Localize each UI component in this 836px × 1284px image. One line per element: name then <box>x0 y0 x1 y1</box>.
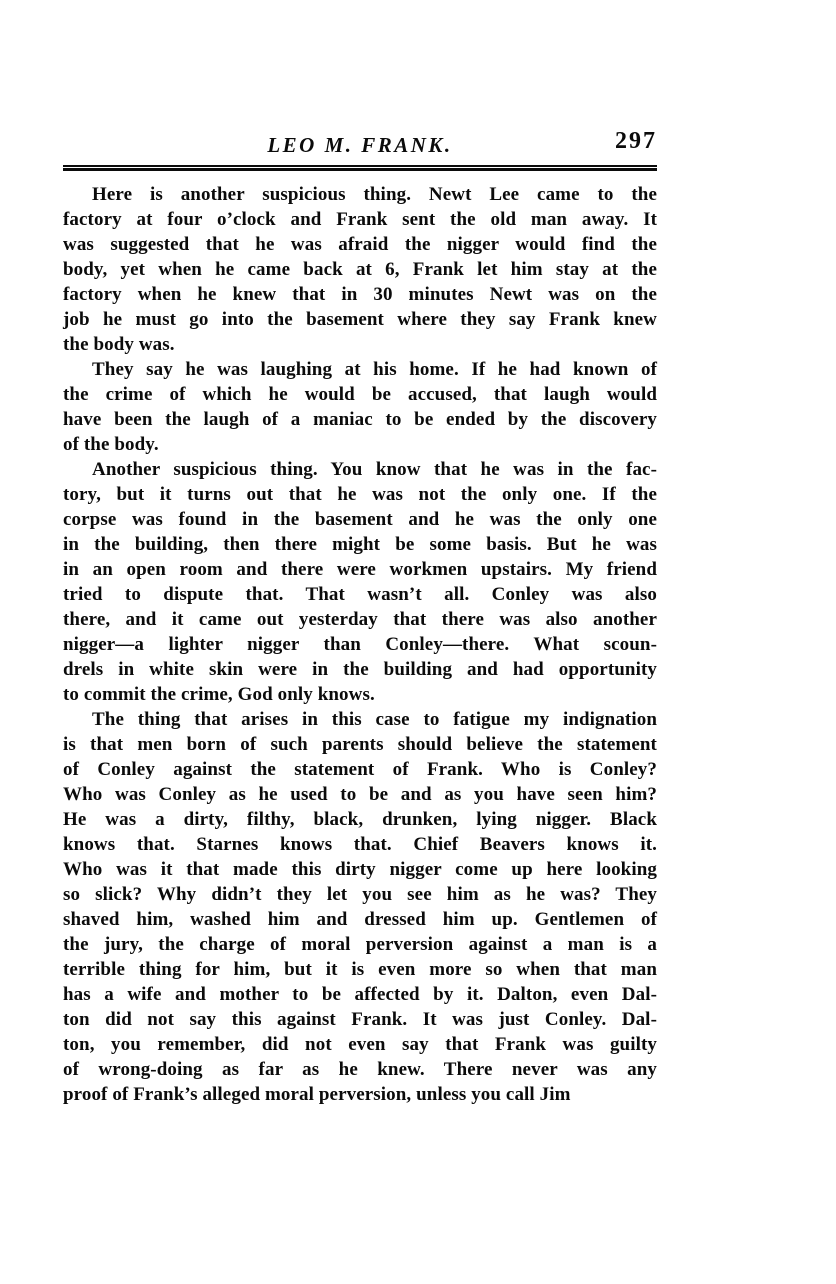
text-line: so slick? Why didn’t they let you see hi… <box>63 882 657 907</box>
text-line: knows that. Starnes knows that. Chief Be… <box>63 832 657 857</box>
text-line: nigger—a lighter nigger than Conley—ther… <box>63 632 657 657</box>
text-line: body, yet when he came back at 6, Frank … <box>63 257 657 282</box>
text-line: factory when he knew that in 30 minutes … <box>63 282 657 307</box>
text-line: there, and it came out yesterday that th… <box>63 607 657 632</box>
running-title: LEO M. FRANK. <box>63 133 657 158</box>
text-line: have been the laugh of a maniac to be en… <box>63 407 657 432</box>
rule-thick-line <box>63 168 657 171</box>
text-line: the body was. <box>63 332 657 357</box>
text-line: was suggested that he was afraid the nig… <box>63 232 657 257</box>
text-line: corpse was found in the basement and he … <box>63 507 657 532</box>
text-line: has a wife and mother to be affected by … <box>63 982 657 1007</box>
text-line: ton did not say this against Frank. It w… <box>63 1007 657 1032</box>
text-line: of Conley against the statement of Frank… <box>63 757 657 782</box>
page-number: 297 <box>615 128 657 155</box>
page-header: LEO M. FRANK. 297 <box>63 131 657 161</box>
text-line: Who was it that made this dirty nigger c… <box>63 857 657 882</box>
text-line: of wrong-doing as far as he knew. There … <box>63 1057 657 1082</box>
text-line: job he must go into the basement where t… <box>63 307 657 332</box>
text-line: to commit the crime, God only knows. <box>63 682 657 707</box>
text-line: Here is another suspicious thing. Newt L… <box>63 182 657 207</box>
text-line: the jury, the charge of moral perversion… <box>63 932 657 957</box>
text-line: He was a dirty, filthy, black, drunken, … <box>63 807 657 832</box>
text-line: the crime of which he would be accused, … <box>63 382 657 407</box>
text-line: proof of Frank’s alleged moral perversio… <box>63 1082 657 1107</box>
text-line: They say he was laughing at his home. If… <box>63 357 657 382</box>
text-line: of the body. <box>63 432 657 457</box>
header-rule <box>63 165 657 171</box>
text-line: in the building, then there might be som… <box>63 532 657 557</box>
scanned-book-page: LEO M. FRANK. 297 Here is another suspic… <box>0 0 836 1284</box>
text-line: Who was Conley as he used to be and as y… <box>63 782 657 807</box>
text-line: Another suspicious thing. You know that … <box>63 457 657 482</box>
text-line: factory at four o’clock and Frank sent t… <box>63 207 657 232</box>
text-line: is that men born of such parents should … <box>63 732 657 757</box>
text-line: tory, but it turns out that he was not t… <box>63 482 657 507</box>
text-line: The thing that arises in this case to fa… <box>63 707 657 732</box>
text-line: shaved him, washed him and dressed him u… <box>63 907 657 932</box>
text-line: ton, you remember, did not even say that… <box>63 1032 657 1057</box>
text-line: in an open room and there were workmen u… <box>63 557 657 582</box>
text-line: drels in white skin were in the building… <box>63 657 657 682</box>
text-line: tried to dispute that. That wasn’t all. … <box>63 582 657 607</box>
body-text: Here is another suspicious thing. Newt L… <box>63 182 657 1107</box>
text-line: terrible thing for him, but it is even m… <box>63 957 657 982</box>
